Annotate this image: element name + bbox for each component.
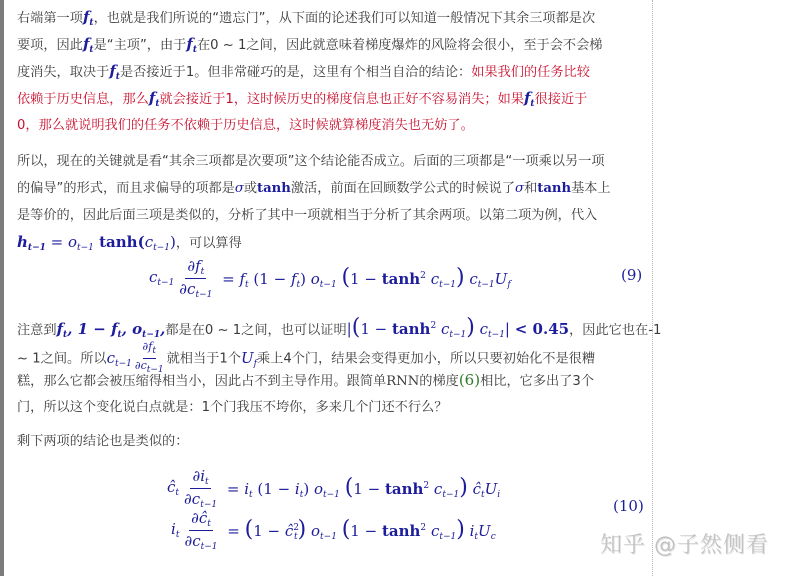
paragraph-3-line-3: 糕，那么它都会被压缩得相当小，因此占不到主导作用。跟简单RNN的梯度(6)相比，… xyxy=(17,367,594,395)
text: ，因此它也在-1 xyxy=(569,323,661,338)
equation-10-row-1: ĉt ∂it∂ct−1 = it (1 − it) ot−1 (1 − tanh… xyxy=(167,466,500,510)
paragraph-2-line-2: 的偏导”的形式，而且求偏导的项都是σ或tanh激活，前面在回顾数学公式的时候说了… xyxy=(17,175,611,202)
text: 的梯度 xyxy=(419,374,459,389)
math-abs-bound: |(1 − tanh2 ct−1) ct−1| < 0.45 xyxy=(347,320,569,338)
paragraph-1-line-5: 0，那么就说明我们的任务不依赖于历史信息，这时候就算梯度消失也无妨了。 xyxy=(17,112,474,139)
equation-10-row-2: it ∂ĉt∂ct−1 = (1 − ĉ2t) ot−1 (1 − tanh2 … xyxy=(171,508,496,552)
math-c: ct−1 xyxy=(107,349,132,367)
text: 相比，它多出了3个 xyxy=(480,374,594,389)
text: 都是在0 ~ 1之间，也可以证明 xyxy=(165,323,346,338)
text: 糕，那么它都会被压缩得相当小，因此占不到主导作用。跟简单 xyxy=(17,374,386,389)
text: ~ 1之间。所以 xyxy=(17,352,107,367)
math-sigma: σ xyxy=(235,181,244,196)
text: 激活，前面在回顾数学公式的时候说了 xyxy=(291,181,515,196)
text: 的偏导”的形式，而且求偏导的项都是 xyxy=(17,181,235,196)
zhihu-watermark: 知乎 @子然侧看 xyxy=(600,528,769,559)
paragraph-2-line-1: 所以，现在的关键就是看“其余三项都是次要项”这个结论能否成立。后面的三项都是“一… xyxy=(17,148,605,175)
math-f: ft xyxy=(524,89,535,107)
left-border xyxy=(0,0,4,576)
text: 度消失，取决于 xyxy=(17,65,109,80)
math-h: ht−1 xyxy=(17,233,46,251)
column-divider xyxy=(652,0,653,576)
text: ，也就是我们所说的“遗忘门”，从下面的论述我们可以知道一般情况下其余三项都是次 xyxy=(94,11,596,26)
equation-number-10: (10) xyxy=(613,497,644,515)
text: 是否接近于1。但非常碰巧的是，这里有个相当自洽的结论： xyxy=(120,65,471,80)
math-tanh: tanh( xyxy=(94,233,145,251)
equation-ref-link[interactable]: (6) xyxy=(459,371,480,389)
math-equals: = xyxy=(46,233,68,251)
math-f: ft xyxy=(149,89,160,107)
text: 和 xyxy=(524,181,537,196)
equation-9: ct−1 ∂ft∂ct−1 = ft (1 − ft) ot−1 (1 − ta… xyxy=(149,256,511,300)
equation-number-9: (9) xyxy=(621,266,642,284)
text: ，可以算得 xyxy=(176,236,242,251)
text: 门，所以这个变化说白点就是：1个门我压不垮你，多来几个门还不行么？ xyxy=(17,400,447,415)
text: 剩下两项的结论也是类似的： xyxy=(17,434,188,449)
math-o: ot−1 xyxy=(68,233,94,251)
math-f: ft xyxy=(186,35,197,53)
text: 要项，因此 xyxy=(17,38,83,53)
paragraph-4-line-1: 剩下两项的结论也是类似的： xyxy=(17,428,188,455)
math-gates: ft, 1 − ft, ot−1, xyxy=(57,320,166,338)
highlight-text: 就会接近于1，这时候历史的梯度信息也正好不容易消失；如果 xyxy=(160,92,524,107)
math-c: ct−1 xyxy=(145,233,170,251)
highlight-text: 0，那么就说明我们的任务不依赖于历史信息，这时候就算梯度消失也无妨了。 xyxy=(17,118,474,133)
math-f: ft xyxy=(83,35,94,53)
math-f: ft xyxy=(83,8,94,26)
text: 是“主项”，由于 xyxy=(94,38,187,53)
text: 或 xyxy=(244,181,257,196)
math-f: ft xyxy=(109,62,120,80)
math-tanh: tanh xyxy=(257,181,291,196)
text: 乘上4个门，结果会变得更加小，所以只要初始化不是很糟 xyxy=(257,352,595,367)
text: 所以，现在的关键就是看“其余三项都是次要项”这个结论能否成立。后面的三项都是“一… xyxy=(17,154,605,169)
fraction: ∂ft∂ct−1 xyxy=(179,257,212,300)
text: 是等价的，因此后面三项是类似的，分析了其中一项就相当于分析了其余两项。以第二项为… xyxy=(17,208,597,223)
highlight-text: 很接近于 xyxy=(535,92,588,107)
paragraph-2-line-3: 是等价的，因此后面三项是类似的，分析了其中一项就相当于分析了其余两项。以第二项为… xyxy=(17,202,597,229)
text: RNN xyxy=(386,374,419,389)
math-U: Uf xyxy=(241,349,257,367)
paragraph-3-line-4: 门，所以这个变化说白点就是：1个门我压不垮你，多来几个门还不行么？ xyxy=(17,394,447,421)
text: 右端第一项 xyxy=(17,11,83,26)
highlight-text: 如果我们的任务比较 xyxy=(471,65,590,80)
highlight-text: 依赖于历史信息，那么 xyxy=(17,92,149,107)
text: 基本上 xyxy=(571,181,611,196)
text: 在0 ~ 1之间，因此就意味着梯度爆炸的风险将会很小，至于会不会梯 xyxy=(197,38,602,53)
text: 注意到 xyxy=(17,323,57,338)
text: 就相当于1个 xyxy=(167,352,241,367)
math-sigma: σ xyxy=(515,181,524,196)
math-tanh: tanh xyxy=(537,181,571,196)
